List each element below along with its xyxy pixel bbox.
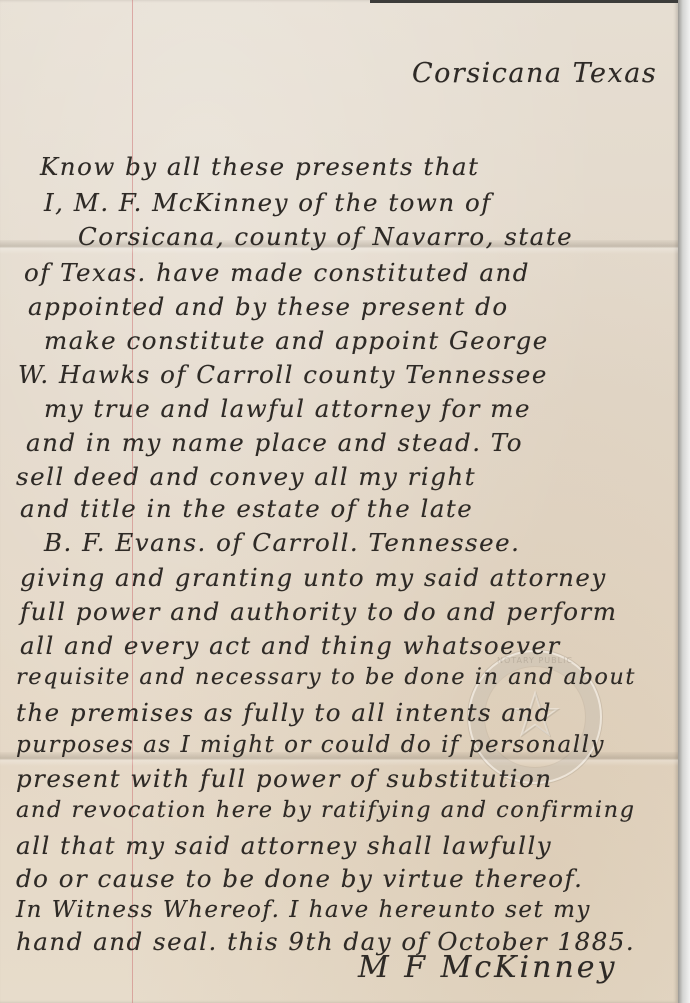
text-line: Know by all these presents that [40, 152, 479, 181]
text-line: all and every act and thing whatsoever [20, 631, 561, 660]
text-line: the premises as fully to all intents and [16, 698, 552, 727]
text-line: my true and lawful attorney for me [44, 394, 531, 423]
text-line: and in my name place and stead. To [26, 428, 523, 457]
document-page: NOTARY PUBLIC ☆ Corsicana Texas Know by … [0, 0, 678, 1003]
text-line: W. Hawks of Carroll county Tennessee [18, 360, 548, 389]
text-line: In Witness Whereof. I have hereunto set … [16, 897, 591, 923]
text-line: appointed and by these present do [28, 292, 509, 321]
text-line: all that my said attorney shall lawfully [16, 831, 552, 860]
text-line: requisite and necessary to be done in an… [16, 664, 636, 690]
text-line: sell deed and convey all my right [16, 462, 476, 491]
text-line: and title in the estate of the late [20, 494, 473, 523]
text-line: do or cause to be done by virtue thereof… [16, 864, 583, 893]
page-top-edge [370, 0, 690, 3]
text-line: I, M. F. McKinney of the town of [44, 188, 492, 217]
text-line: purposes as I might or could do if perso… [16, 732, 605, 758]
text-line: of Texas. have made constituted and [24, 258, 530, 287]
text-line: make constitute and appoint George [44, 326, 549, 355]
page-right-edge [678, 0, 690, 1003]
text-line: Corsicana, county of Navarro, state [78, 222, 573, 251]
place-heading: Corsicana Texas [412, 58, 657, 89]
text-line: full power and authority to do and perfo… [20, 597, 617, 626]
text-line: present with full power of substitution [16, 764, 553, 793]
text-line: giving and granting unto my said attorne… [20, 563, 607, 592]
text-line: and revocation here by ratifying and con… [16, 797, 636, 823]
text-line: B. F. Evans. of Carroll. Tennessee. [44, 528, 520, 557]
signature: M F McKinney [358, 950, 617, 985]
